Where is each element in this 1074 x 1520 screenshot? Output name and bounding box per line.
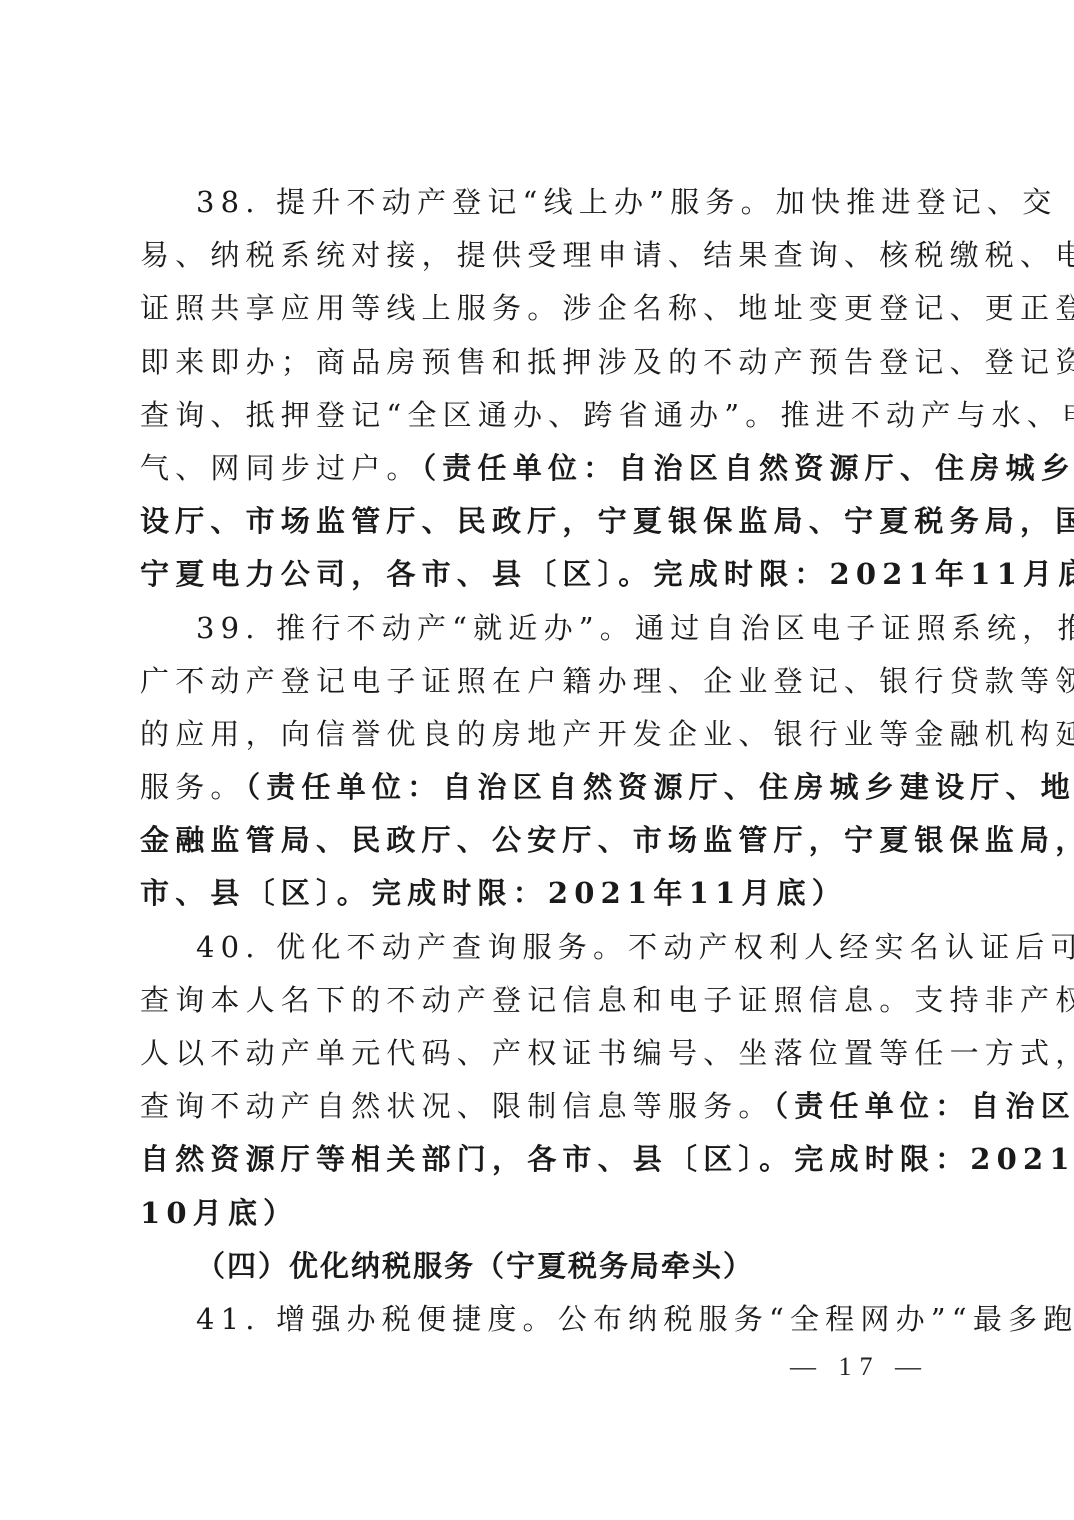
item-39-text-tail: 服务。: [140, 770, 246, 804]
item-40-responsibility-line-2: 自然资源厅等相关部门，各市、县〔区〕。完成时限：2021年: [140, 1133, 936, 1186]
item-39-responsibility-line-2: 金融监管局、民政厅、公安厅、市场监管厅，宁夏银保监局，各: [140, 814, 936, 867]
item-38-line-2: 易、纳税系统对接，提供受理申请、结果查询、核税缴税、电子: [140, 229, 936, 282]
item-38-text-tail: 气、网同步过户。: [140, 451, 422, 485]
item-38-responsibility-line-3: 宁夏电力公司，各市、县〔区〕。完成时限：2021年11月底）: [140, 548, 936, 601]
item-40-responsibility-line-3: 10月底）: [140, 1187, 936, 1240]
item-38-line-3: 证照共享应用等线上服务。涉企名称、地址变更登记、更正登记: [140, 282, 936, 335]
section-heading: （四）优化纳税服务（宁夏税务局牵头）: [140, 1240, 936, 1293]
item-39-line-4: 服务。（责任单位：自治区自然资源厅、住房城乡建设厅、地方: [140, 761, 936, 814]
item-38-line-1: 38. 提升不动产登记“线上办”服务。加快推进登记、交: [140, 176, 936, 229]
item-39-line-1: 39. 推行不动产“就近办”。通过自治区电子证照系统，推: [140, 602, 936, 655]
item-40-line-2: 查询本人名下的不动产登记信息和电子证照信息。支持非产权: [140, 974, 936, 1027]
item-38-responsibility-start: （责任单位：自治区自然资源厅、住房城乡建: [422, 451, 1074, 485]
page-number: — 17 —: [790, 1352, 929, 1382]
item-38-line-4: 即来即办；商品房预售和抵押涉及的不动产预告登记、登记资料: [140, 336, 936, 389]
item-39-line-2: 广不动产登记电子证照在户籍办理、企业登记、银行贷款等领域: [140, 655, 936, 708]
item-39-responsibility-start: （责任单位：自治区自然资源厅、住房城乡建设厅、地方: [246, 770, 1074, 804]
item-40-line-4: 查询不动产自然状况、限制信息等服务。（责任单位：自治区: [140, 1080, 936, 1133]
item-39-line-3: 的应用，向信誉优良的房地产开发企业、银行业等金融机构延伸: [140, 708, 936, 761]
item-41-line-1: 41. 增强办税便捷度。公布纳税服务“全程网办”“最多跑: [140, 1293, 936, 1346]
document-page: 38. 提升不动产登记“线上办”服务。加快推进登记、交 易、纳税系统对接，提供受…: [140, 176, 936, 1346]
item-39-responsibility-line-3: 市、县〔区〕。完成时限：2021年11月底）: [140, 867, 936, 920]
item-40-line-1: 40. 优化不动产查询服务。不动产权利人经实名认证后可: [140, 921, 936, 974]
item-38-line-5: 查询、抵押登记“全区通办、跨省通办”。推进不动产与水、电、: [140, 389, 936, 442]
item-40-line-3: 人以不动产单元代码、产权证书编号、坐落位置等任一方式，: [140, 1027, 936, 1080]
item-40-text-tail: 查询不动产自然状况、限制信息等服务。: [140, 1089, 774, 1123]
item-38-line-6: 气、网同步过户。（责任单位：自治区自然资源厅、住房城乡建: [140, 442, 936, 495]
item-40-responsibility-start: （责任单位：自治区: [774, 1089, 1074, 1123]
item-38-responsibility-line-2: 设厅、市场监管厅、民政厅，宁夏银保监局、宁夏税务局，国网: [140, 495, 936, 548]
